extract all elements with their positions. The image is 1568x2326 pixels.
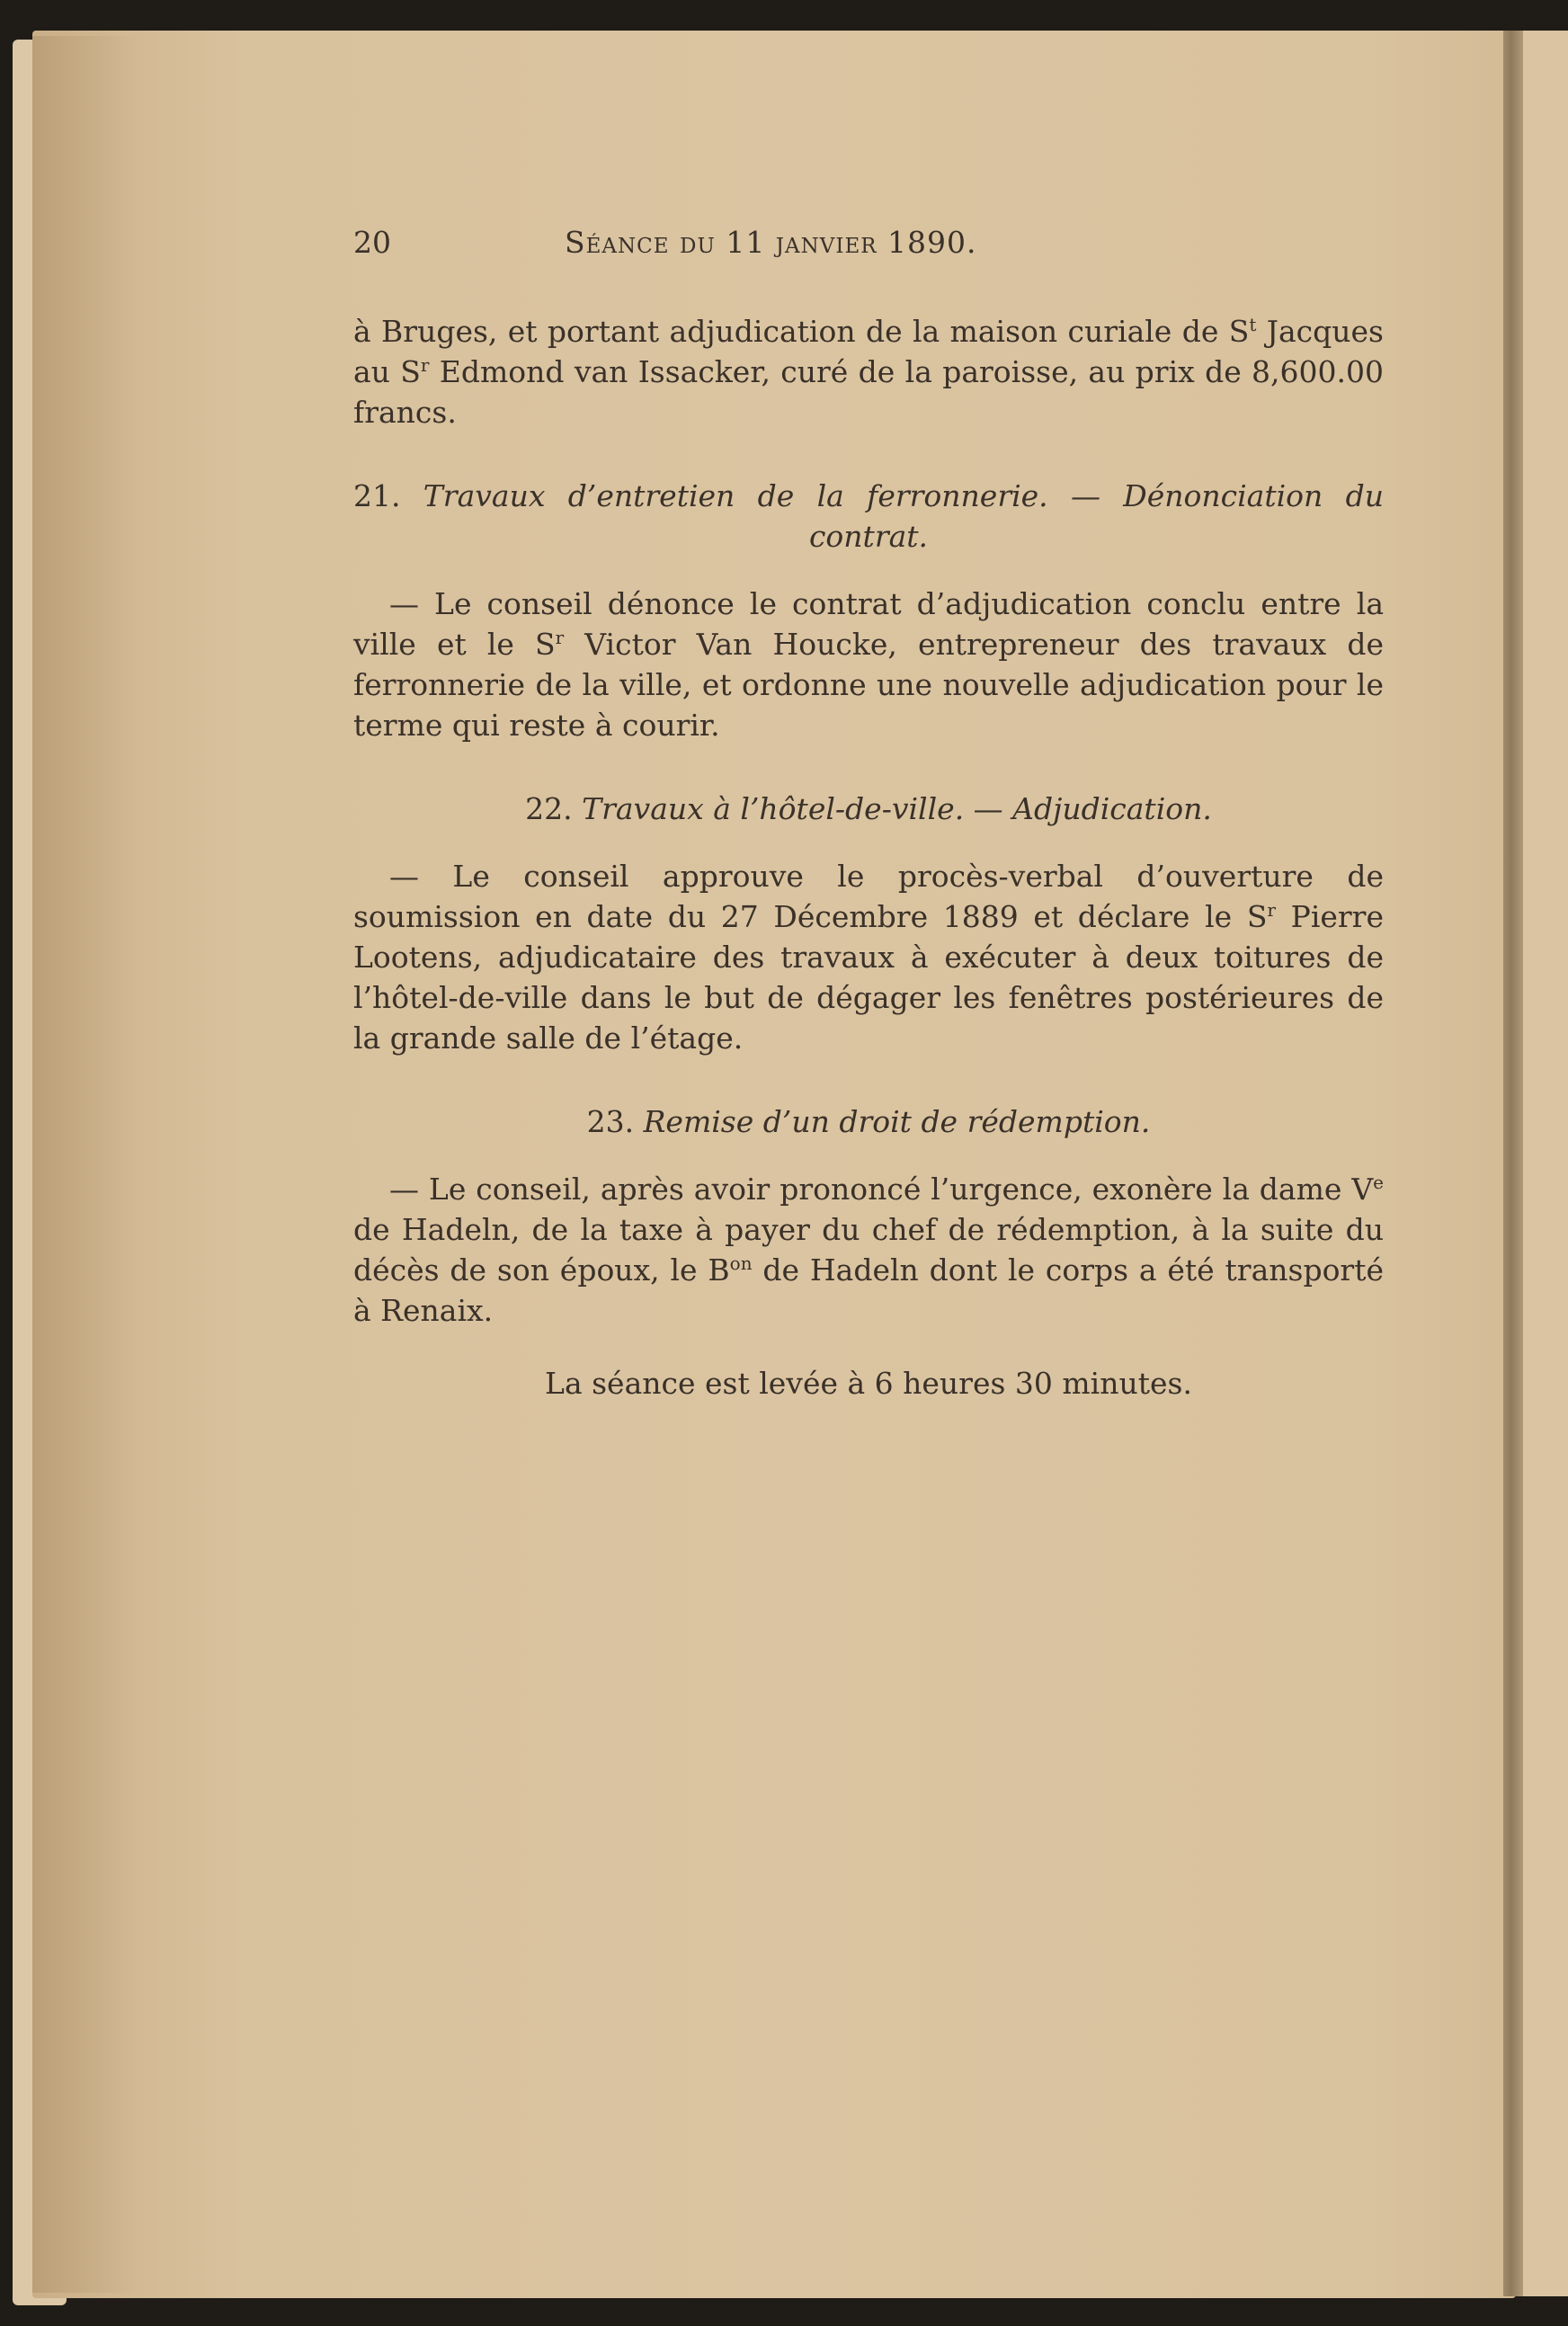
page-fold-shadow [1503, 31, 1523, 2296]
item-heading-23: 23. Remise d’un droit de rédemption. [353, 1101, 1384, 1142]
text-run: S [1247, 899, 1268, 934]
item-title: Remise d’un droit de rédemption. [644, 1104, 1151, 1139]
text-run: à Bruges, et portant adjudication de la … [353, 314, 1218, 349]
continuation-paragraph: à Bruges, et portant adjudication de la … [353, 311, 1384, 432]
page-number: 20 [353, 225, 565, 260]
superscript: r [421, 354, 430, 376]
text-run: Edmond van Issacker, curé de la paroisse… [353, 354, 1384, 430]
item-number: 23. [587, 1104, 634, 1139]
running-title: Séance du 11 janvier 1890. [565, 225, 977, 260]
text-run: B [708, 1252, 729, 1288]
page-text: 20 Séance du 11 janvier 1890. à Bruges, … [353, 225, 1384, 1404]
closing-line: La séance est levée à 6 heures 30 minute… [353, 1363, 1384, 1404]
text-run: S [1229, 314, 1250, 349]
item-heading-22: 22. Travaux à l’hôtel-de-ville. — Adjudi… [353, 789, 1384, 829]
item-heading-21: 21. Travaux d’entretien de la ferronneri… [353, 476, 1384, 557]
text-run: S [535, 627, 556, 662]
text-run: S [400, 354, 421, 389]
item-title: Travaux à l’hôtel-de-ville. — Adjudicati… [582, 791, 1212, 826]
item-body-21: — Le conseil dénonce le contrat d’adjudi… [353, 584, 1384, 745]
adjacent-page-strip [1523, 31, 1568, 2296]
item-title: Travaux d’entretien de la ferronnerie. —… [423, 478, 1384, 554]
text-run: — Le conseil approuve le procès-verbal d… [353, 859, 1384, 934]
item-number: 22. [525, 791, 572, 826]
scanned-page-image: 20 Séance du 11 janvier 1890. à Bruges, … [0, 0, 1568, 2326]
text-run: — Le conseil, après avoir prononcé l’urg… [389, 1172, 1351, 1207]
item-body-23: — Le conseil, après avoir prononcé l’urg… [353, 1169, 1384, 1331]
item-body-22: — Le conseil approuve le procès-verbal d… [353, 856, 1384, 1058]
item-number: 21. [353, 478, 400, 513]
superscript: on [730, 1252, 753, 1274]
superscript: r [556, 627, 565, 648]
running-header: 20 Séance du 11 janvier 1890. [353, 225, 1384, 279]
superscript: e [1373, 1172, 1384, 1193]
text-run: V [1351, 1172, 1373, 1207]
page-shadow [32, 36, 140, 2293]
superscript: r [1267, 899, 1276, 921]
